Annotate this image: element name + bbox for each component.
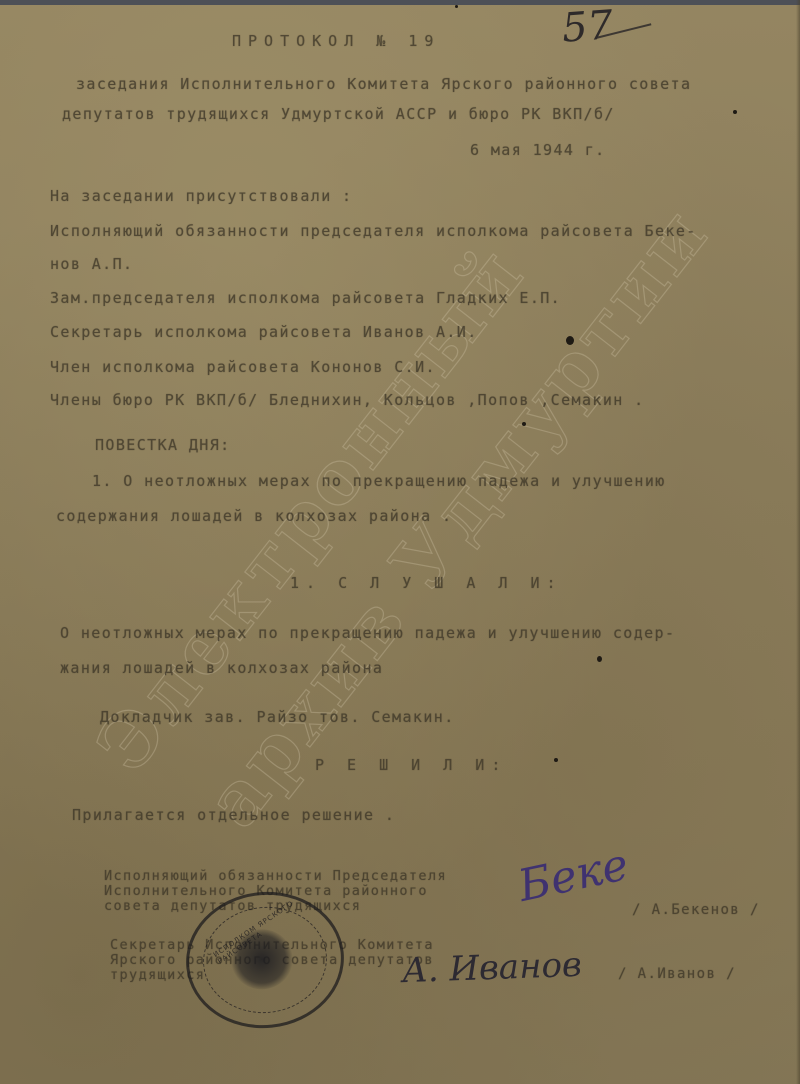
agenda-item-line-1: 1. О неотложных мерах по прекращению пад… <box>92 472 666 490</box>
scan-top-edge <box>0 0 800 5</box>
document-page: Электронный архив Удмуртии 57 ПРОТОКОЛ №… <box>0 0 800 1084</box>
secretary-name: / А.Иванов / <box>618 966 736 982</box>
attendance-heading: На заседании присутствовали : <box>50 187 353 205</box>
decided-heading: Р Е Ш И Л И: <box>315 756 507 774</box>
ink-speck <box>597 656 602 662</box>
document-title: ПРОТОКОЛ № 19 <box>232 32 440 50</box>
attendance-line: Секретарь исполкома райсовета Иванов А.И… <box>50 323 478 341</box>
agenda-item-line-2: содержания лошадей в колхозах района . <box>56 507 452 525</box>
attendance-line: нов А.П. <box>50 255 133 273</box>
attendance-line: Зам.председателя исполкома райсовета Гла… <box>50 289 561 307</box>
subtitle-line-2: депутатов трудящихся Удмуртской АССР и б… <box>62 105 615 123</box>
speaker-line: Докладчик зав. Райзо тов. Семакин. <box>100 708 455 726</box>
chair-name: / А.Бекенов / <box>632 902 760 918</box>
heard-line-2: жания лошадей в колхозах района <box>60 659 383 677</box>
secretary-signature: А. Иванов <box>401 945 582 991</box>
attendance-line: Члены бюро РК ВКП/б/ Бледнихин, Кольцов … <box>50 391 645 409</box>
chair-signature: Беке <box>514 839 633 912</box>
agenda-heading: ПОВЕСТКА ДНЯ: <box>95 436 231 454</box>
scan-right-edge <box>796 0 800 1084</box>
document-date: 6 мая 1944 г. <box>470 141 606 159</box>
attendance-line: Исполняющий обязанности председателя исп… <box>50 222 697 240</box>
heard-heading: 1. С Л У Ш А Л И: <box>290 574 563 592</box>
subtitle-line-1: заседания Исполнительного Комитета Ярско… <box>76 75 691 93</box>
heard-line-1: О неотложных мерах по прекращению падежа… <box>60 624 675 642</box>
ink-speck <box>554 758 558 762</box>
ink-speck <box>455 5 458 8</box>
decided-text: Прилагается отдельное решение . <box>72 806 395 824</box>
ink-speck <box>733 110 737 114</box>
page-number: 57 <box>560 2 614 51</box>
ink-speck <box>566 336 574 345</box>
ink-speck <box>522 422 526 426</box>
attendance-line: Член исполкома райсовета Кононов С.И. <box>50 358 436 376</box>
